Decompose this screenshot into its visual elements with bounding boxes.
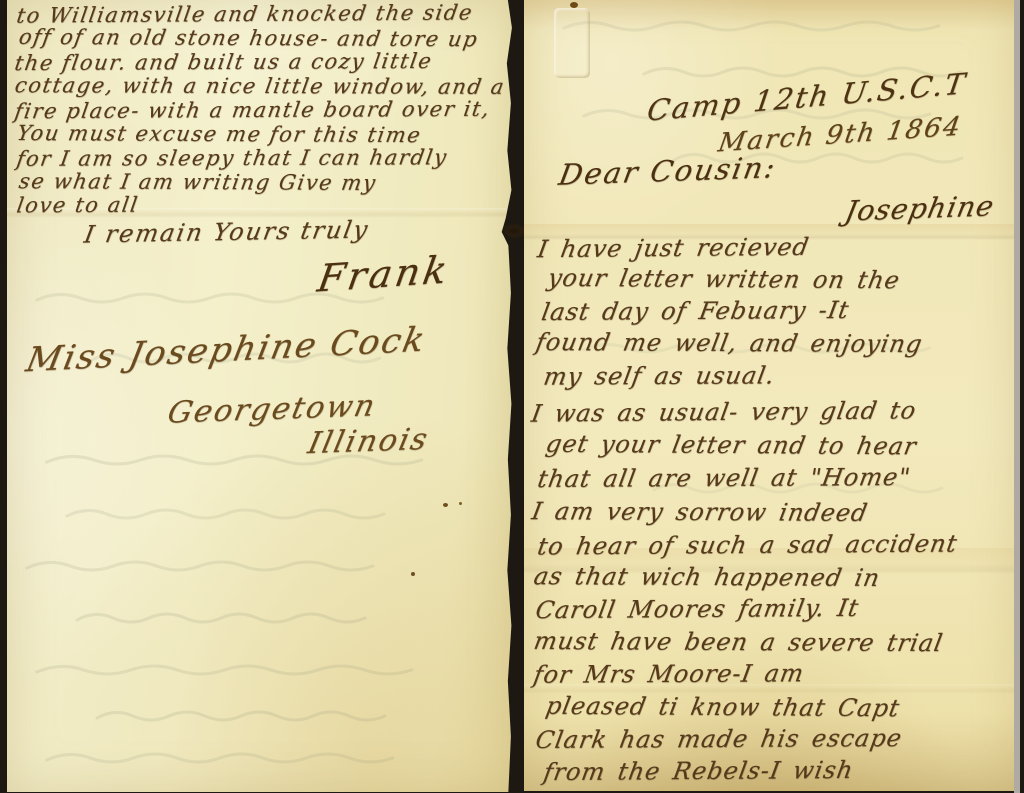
handwritten-line: last day of Febuary -It — [539, 296, 851, 326]
handwritten-line: cottage, with a nice little window, and … — [13, 73, 507, 99]
letter-page-left: to Williamsville and knocked the side of… — [7, 0, 516, 792]
ink-speck — [443, 503, 448, 507]
handwritten-line: must have been a severe trial — [532, 627, 946, 657]
salutation: Dear Cousin: — [556, 150, 779, 192]
salutation-name: Josephine — [842, 189, 997, 227]
handwritten-line: se what I am writing Give my — [17, 169, 378, 195]
closing-line: I remain Yours truly — [82, 216, 371, 249]
handwritten-line: get your letter and to hear — [544, 430, 919, 461]
ink-speck — [570, 2, 578, 8]
handwritten-line: Clark has made his escape — [533, 724, 904, 754]
handwritten-line: I am very sorrow indeed — [530, 497, 871, 527]
handwritten-line: off of an old stone house- and tore up — [17, 25, 480, 51]
address-line: Miss Josephine Cock — [23, 320, 430, 381]
handwritten-line: found me well, and enjoying — [534, 328, 925, 358]
handwritten-line: Caroll Moores family. It — [533, 594, 861, 624]
letter-scan: to Williamsville and knocked the side of… — [0, 0, 1024, 793]
handwritten-line: that all are well at "Home" — [535, 463, 912, 493]
embossed-stationery-stamp — [554, 8, 590, 78]
handwritten-line: for I am so sleepy that I can hardly — [15, 145, 449, 171]
handwritten-line: I have just recieved — [535, 233, 811, 263]
handwritten-line: my self as usual. — [541, 361, 777, 390]
ink-speck — [411, 572, 415, 576]
handwritten-line: your letter written on the — [546, 264, 903, 294]
scan-edge-highlight — [1014, 0, 1020, 793]
address-line: Illinois — [305, 422, 432, 461]
ink-speck — [459, 502, 462, 505]
handwritten-line: from the Rebels-I wish — [541, 756, 855, 786]
handwritten-line: for Mrs Moore-I am — [531, 659, 806, 688]
handwritten-line: to hear of such a sad accident — [535, 530, 959, 561]
handwritten-line: fire place- with a mantle board over it, — [13, 97, 492, 123]
signature: Frank — [315, 248, 454, 301]
letter-page-right: Camp 12th U.S.C.T March 9th 1864 Dear Co… — [524, 0, 1014, 791]
handwritten-line: as that wich happened in — [532, 562, 883, 592]
handwritten-line: pleased ti know that Capt — [544, 692, 903, 722]
handwritten-line: love to all — [15, 193, 140, 218]
handwritten-line: You must excuse me for this time — [15, 121, 423, 147]
handwritten-line: to Williamsville and knocked the side — [15, 0, 475, 27]
handwritten-line: the flour. and built us a cozy little — [13, 49, 434, 75]
handwritten-line: I was as usual- very glad to — [529, 396, 918, 427]
